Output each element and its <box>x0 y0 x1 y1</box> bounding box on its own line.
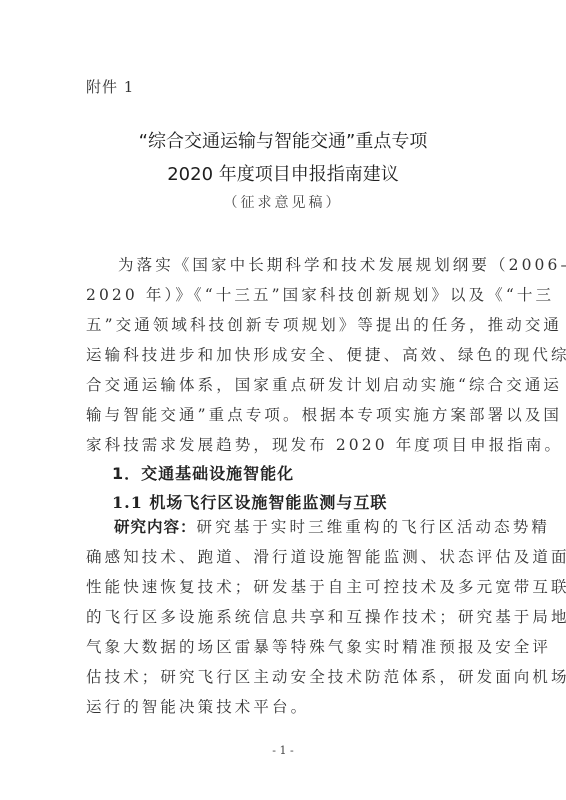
intro-line: 家科技需求发展趋势，现发布 2020 年度项目申报指南。 <box>86 430 482 460</box>
research-line: 气象大数据的场区雷暴等特殊气象实时精准预报及安全评 <box>86 632 482 662</box>
research-line: 的飞行区多设施系统信息共享和互操作技术；研究基于局地 <box>86 602 482 632</box>
intro-line: 合交通运输体系，国家重点研发计划启动实施“综合交通运 <box>86 370 482 400</box>
research-line: 估技术；研究飞行区主动安全技术防范体系，研发面向机场 <box>86 662 482 692</box>
research-line: 性能快速恢复技术；研发基于自主可控技术及多元宽带互联 <box>86 572 482 602</box>
research-content-paragraph: 研究内容：研究基于实时三维重构的飞行区活动态势精 确感知技术、跑道、滑行道设施智… <box>86 512 482 722</box>
document-subtitle: （征求意见稿） <box>0 192 566 212</box>
intro-paragraph: 为落实《国家中长期科学和技术发展规划纲要（2006— 2020 年）》《“十三五… <box>86 250 482 460</box>
intro-line: 五”交通领域科技创新专项规划》等提出的任务，推动交通 <box>86 310 482 340</box>
attachment-label: 附件 1 <box>86 76 134 97</box>
research-line: 研究基于实时三维重构的飞行区活动态势精 <box>197 518 550 536</box>
document-title-line-1: “综合交通运输与智能交通”重点专项 <box>0 127 566 153</box>
page-number: - 1 - <box>0 744 566 757</box>
intro-line: 运输科技进步和加快形成安全、便捷、高效、绿色的现代综 <box>86 340 482 370</box>
intro-line: 输与智能交通”重点专项。根据本专项实施方案部署以及国 <box>86 400 482 430</box>
section-heading-1-1: 1.1 机场飞行区设施智能监测与互联 <box>112 490 387 513</box>
intro-line: 为落实《国家中长期科学和技术发展规划纲要（2006— <box>86 250 482 280</box>
intro-line: 2020 年）》《“十三五”国家科技创新规划》以及《“十三 <box>86 280 482 310</box>
research-content-label: 研究内容： <box>114 517 197 536</box>
research-line: 运行的智能决策技术平台。 <box>86 692 482 722</box>
document-title-line-2: 2020 年度项目申报指南建议 <box>0 160 566 186</box>
section-heading-1: 1．交通基础设施智能化 <box>112 461 294 484</box>
research-line: 确感知技术、跑道、滑行道设施智能监测、状态评估及道面 <box>86 542 482 572</box>
